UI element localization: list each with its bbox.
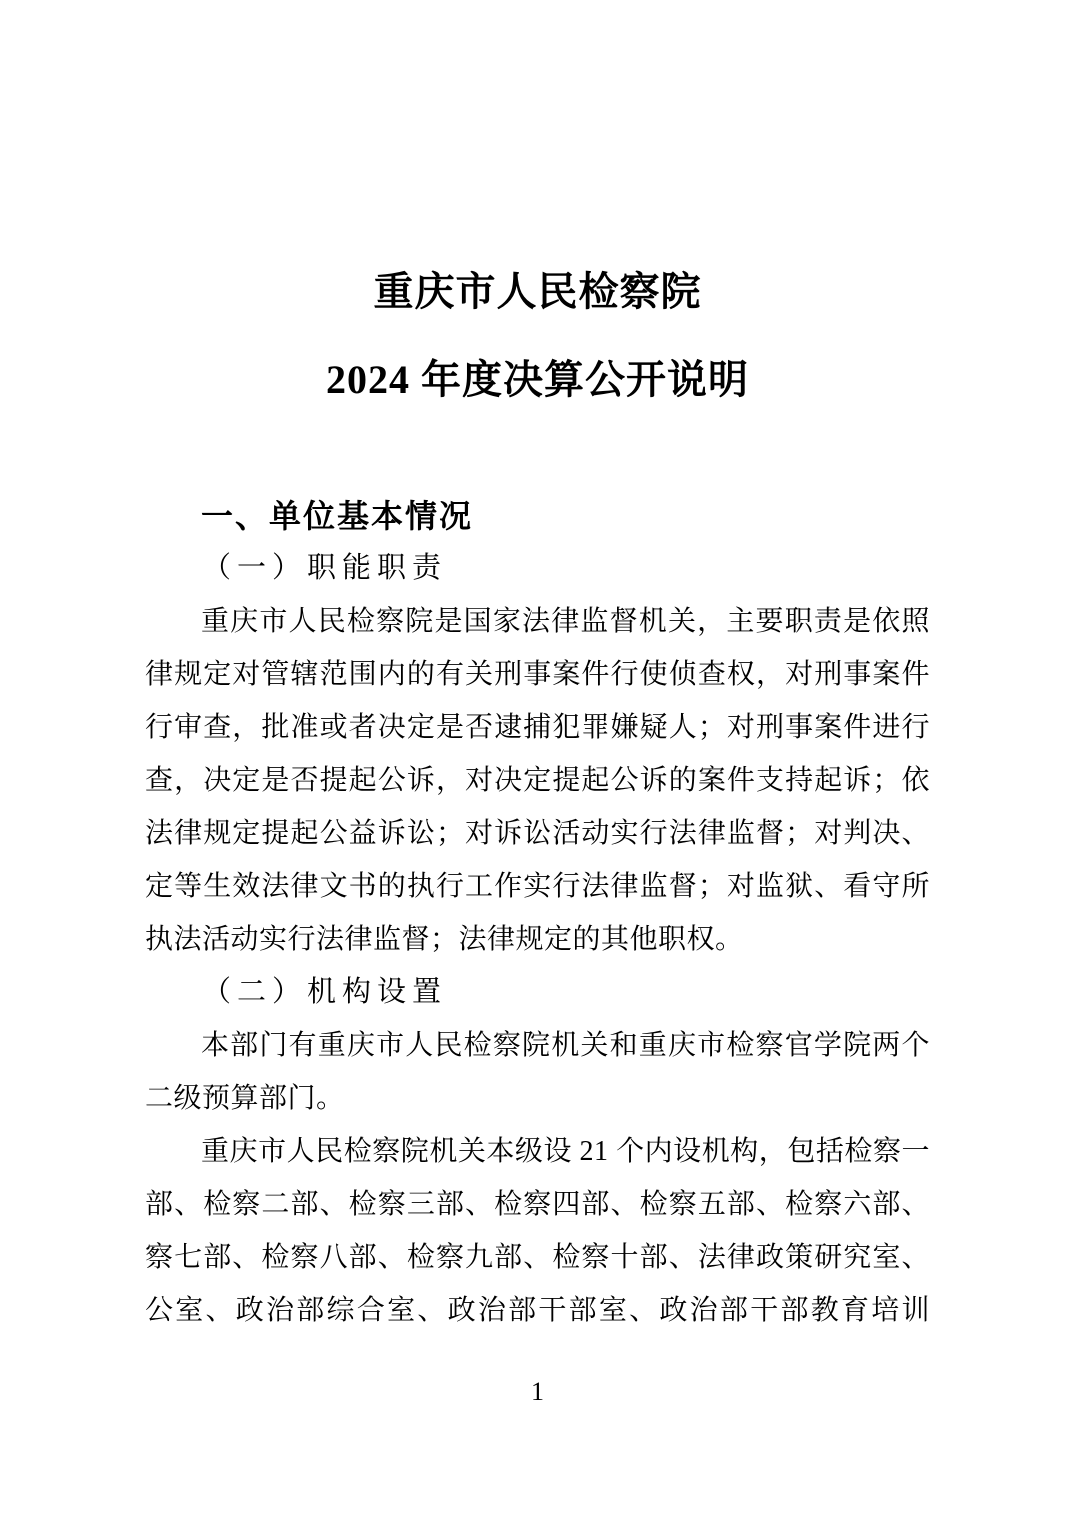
text-line: 二级预算部门。 xyxy=(145,1072,930,1125)
text-line: 行审查，批准或者决定是否逮捕犯罪嫌疑人；对刑事案件进行审 xyxy=(145,701,930,754)
text-line: 部、检察二部、检察三部、检察四部、检察五部、检察六部、检 xyxy=(145,1178,930,1231)
text-line: 执法活动实行法律监督；法律规定的其他职权。 xyxy=(145,913,930,966)
text-line: 律规定对管辖范围内的有关刑事案件行使侦查权，对刑事案件进 xyxy=(145,648,930,701)
text-line: 查，决定是否提起公诉，对决定提起公诉的案件支持起诉；依照 xyxy=(145,754,930,807)
paragraph-internal-orgs: 重庆市人民检察院机关本级设 21 个内设机构，包括检察一 部、检察二部、检察三部… xyxy=(145,1125,930,1337)
text-line: 公室、政治部综合室、政治部干部室、政治部干部教育培训室、 xyxy=(145,1284,930,1337)
document-page: 重庆市人民检察院 2024 年度决算公开说明 一、单位基本情况 （一）职能职责 … xyxy=(0,0,1074,1520)
text-line: 本部门有重庆市人民检察院机关和重庆市检察官学院两个 xyxy=(145,1019,930,1072)
paragraph-org-units: 本部门有重庆市人民检察院机关和重庆市检察官学院两个 二级预算部门。 xyxy=(145,1019,930,1125)
text-line: 察七部、检察八部、检察九部、检察十部、法律政策研究室、办 xyxy=(145,1231,930,1284)
subsection-1-2-heading: （二）机构设置 xyxy=(145,966,930,1019)
document-title-line1: 重庆市人民检察院 xyxy=(145,272,930,312)
section-1-heading: 一、单位基本情况 xyxy=(145,500,930,532)
text-line: 重庆市人民检察院机关本级设 21 个内设机构，包括检察一 xyxy=(145,1125,930,1178)
page-number: 1 xyxy=(145,1379,930,1405)
text-line: 定等生效法律文书的执行工作实行法律监督；对监狱、看守所的 xyxy=(145,860,930,913)
paragraph-duties: 重庆市人民检察院是国家法律监督机关，主要职责是依照法 律规定对管辖范围内的有关刑… xyxy=(145,595,930,966)
text-line: 法律规定提起公益诉讼；对诉讼活动实行法律监督；对判决、裁 xyxy=(145,807,930,860)
document-title-line2: 2024 年度决算公开说明 xyxy=(145,360,930,400)
text-line: 重庆市人民检察院是国家法律监督机关，主要职责是依照法 xyxy=(145,595,930,648)
subsection-1-1-heading: （一）职能职责 xyxy=(145,554,930,583)
